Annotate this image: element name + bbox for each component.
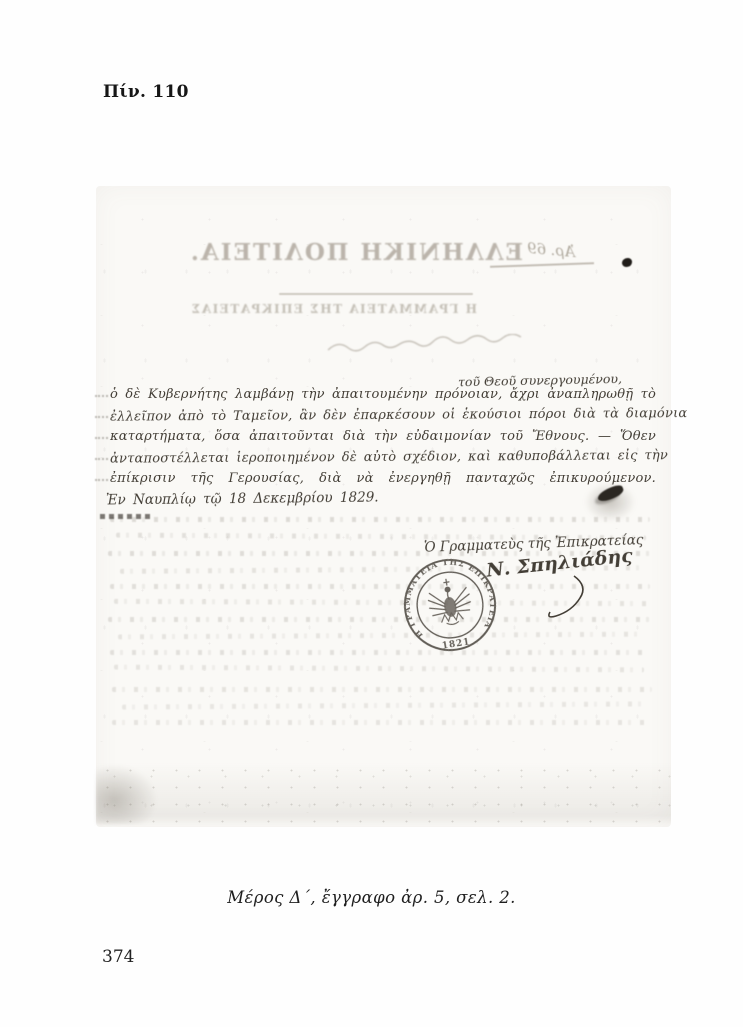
bleed-leader-dots xyxy=(95,479,108,485)
phoenix-icon xyxy=(426,576,474,627)
figure-caption: Μέρος Δ΄, ἔγγραφο ἀρ. 5, σελ. 2. xyxy=(0,888,743,907)
manuscript-line: καταρτήματα, ὅσα ἀπαιτοῦνται διὰ τὴν εὐδ… xyxy=(110,429,656,444)
showthrough-line xyxy=(122,701,646,709)
showthrough-line xyxy=(110,650,648,655)
showthrough-subheading: Η ΓΡΑΜΜΑΤΕΙΑ ΤΗΣ ΕΠΙΚΡΑΤΕΙΑΣ xyxy=(242,302,477,316)
showthrough-line xyxy=(110,517,650,522)
scan-corner-stain xyxy=(96,764,158,824)
plate-label: Πίν. 110 xyxy=(103,82,189,102)
showthrough-line xyxy=(112,720,648,725)
manuscript-line: ἐπίκρισιν τῆς Γερουσίας, διὰ νὰ ἐνεργηθῇ… xyxy=(110,471,656,486)
state-seal: Η ΓΡΑΜΜΑΤΕΙΑ ΤΗΣ ΕΠΙΚΡΑΤΕΙΑΣ 1821 xyxy=(394,549,506,661)
bleed-leader-dots xyxy=(95,437,108,443)
manuscript-line: ἐλλεῖπον ἀπὸ τὸ Ταμεῖον, ἂν δὲν ἐπαρκέσο… xyxy=(110,406,656,424)
manuscript-line: ἀνταποστέλλεται ἱεροποιημένον δὲ αὐτὸ σχ… xyxy=(110,448,656,466)
showthrough-divider-rule xyxy=(279,293,473,295)
manuscript-line: ὁ δὲ Κυβερνήτης λαμβάνῃ τὴν ἀπαιτουμένην… xyxy=(110,387,656,402)
showthrough-masthead: ΕΛΛΗΝΙΚΗ ΠΟΛΙΤΕΙΑ. xyxy=(225,239,523,266)
book-page: Πίν. 110 ΕΛΛΗΝΙΚΗ ΠΟΛΙΤΕΙΑ. Ἀρ. 69 Η ΓΡΑ… xyxy=(0,0,743,1027)
scan-bottom-speckle xyxy=(96,762,671,825)
bleed-leader-dots xyxy=(95,395,108,401)
showthrough-protocol-number: Ἀρ. 69 xyxy=(526,239,576,261)
showthrough-dark-marks xyxy=(100,514,150,519)
showthrough-line xyxy=(112,687,652,692)
document-scan: ΕΛΛΗΝΙΚΗ ΠΟΛΙΤΕΙΑ. Ἀρ. 69 Η ΓΡΑΜΜΑΤΕΙΑ Τ… xyxy=(96,186,671,827)
ink-blot xyxy=(622,258,632,267)
showthrough-line xyxy=(118,632,646,640)
bleed-leader-dots xyxy=(95,416,108,422)
bleed-leader-dots xyxy=(95,458,108,464)
page-number: 374 xyxy=(102,947,134,967)
manuscript-dateline: Ἐν Ναυπλίῳ τῷ 18 Δεκεμβρίου 1829. xyxy=(106,490,379,509)
seal-year: 1821 xyxy=(441,637,471,651)
showthrough-script-squiggle xyxy=(324,334,527,358)
showthrough-line xyxy=(114,665,644,673)
